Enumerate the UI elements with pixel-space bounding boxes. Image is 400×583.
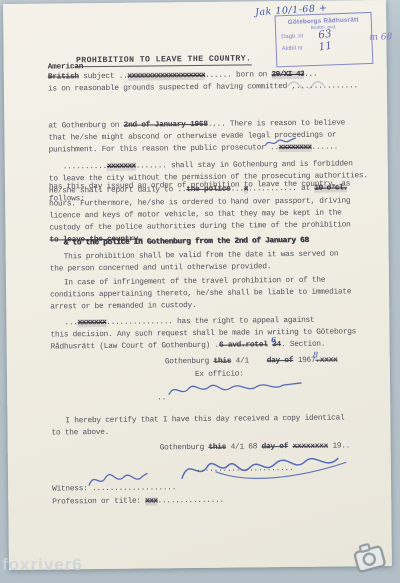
prosecutor-ink-word [263, 136, 297, 148]
typed-text: 4/1 [231, 357, 249, 365]
typed-text: Gothenburg [165, 358, 214, 367]
crossed-text: the police [186, 186, 230, 194]
stamp-act-label: Aktbil nr [282, 45, 303, 52]
typed-text: ....... shall stay in Gothenburg and is … [136, 160, 353, 170]
typed-text: subject .. [79, 73, 128, 82]
typed-text: at Gothenburg on [48, 122, 123, 131]
leader-dots: ............... [157, 497, 224, 506]
crossed-text: 346 [272, 342, 281, 350]
leader-dots: .. [157, 394, 166, 402]
typed-line: to the above. [51, 424, 386, 440]
witness-label: Witness: [52, 485, 92, 493]
stamp-act-number: 11 [318, 40, 333, 54]
typed-text: ............... has the right to appeal … [106, 317, 314, 327]
seller-watermark: foxriver6 [2, 555, 83, 575]
crossed-text: this [213, 358, 231, 366]
obliterated-name: xxxxxxx [107, 163, 136, 171]
certification-paragraph: I hereby certify that I have this day re… [51, 412, 386, 440]
crossed-text: 2nd of January 1968 [124, 121, 208, 130]
faint-handwriting-squiggle [286, 79, 326, 89]
witness-line: Witness: ................... [52, 482, 176, 496]
signature-leader-dots: ...................... [196, 465, 294, 474]
page-title: PROHIBITION TO LEAVE THE COUNTRY. [76, 54, 251, 67]
typed-text: ...... [311, 144, 338, 152]
profession-line: Profession or title: xxx............... [52, 495, 224, 509]
typed-line: is on reasonable grounds suspected of ha… [48, 80, 383, 120]
typed-line: Rådhusrätt (Law Court of Gothenburg) .6 … [51, 338, 386, 354]
handwritten-correction: 8 [313, 350, 318, 362]
typed-line: arrest or be remanded in custody. [50, 298, 385, 314]
stamp-side-note: m 68 [369, 32, 392, 43]
crossed-text: .xxxx [315, 357, 337, 365]
typed-text: . Section. [281, 341, 325, 349]
obliterated-name: xxxxxxxxxxxxxxxxxxx [128, 72, 206, 81]
typed-text: .......... [63, 163, 107, 171]
paragraph-5: ...xxxxxxx............... has the right … [50, 314, 385, 354]
typed-text: ... [64, 319, 77, 327]
crossed-text: 6 avd.rotel [219, 342, 268, 351]
camera-watermark-icon [350, 539, 390, 577]
typed-text: punishment. For this reason the public p… [49, 144, 279, 154]
leader-dots: ................... [92, 484, 176, 493]
typed-text: .... There is reason to believe [208, 119, 345, 128]
stamp-diary-label: Dagb. nr [281, 33, 303, 40]
court-registry-stamp: Göteborgs Rådhusrätt Brottm. avd. Dagb. … [275, 12, 374, 68]
typed-text: ... [231, 186, 244, 194]
typed-text: ... [304, 71, 317, 79]
year-digit: 78 [311, 357, 316, 365]
ex-officio-signature [166, 377, 306, 402]
obliterated-time: 10 o'cl. [314, 185, 347, 193]
typed-text [249, 357, 267, 365]
typed-text: ...... born on [205, 71, 272, 80]
crossed-text: British [48, 73, 79, 81]
date-line-1: Gothenburg this 4/1 day of 19678.xxxx [165, 355, 338, 369]
document-paper: Jak 10/1-68 + Göteborgs Rådhusrätt Brott… [3, 0, 392, 570]
handwritten-correction: 6 [271, 335, 276, 347]
paragraph-3: This prohibition shall be valid from the… [50, 248, 385, 276]
obliterated-name: xxxxxxx [78, 319, 107, 327]
obliterated-date: 29/XI 43 [271, 71, 304, 79]
stamp-act-row: Aktbil nr 11 [277, 43, 372, 56]
crossed-text: day of [267, 357, 294, 365]
typed-text: He/she shall report daily to .. [49, 187, 186, 196]
document-title-wrap: PROHIBITION TO LEAVE THE COUNTRY. [59, 47, 269, 67]
typed-text: 196 [293, 357, 311, 365]
typed-text: Rådhusrätt (Law Court of Gothenburg) . [51, 342, 219, 352]
profession-label: Profession or title: [52, 498, 145, 507]
typed-insertion: & to the police in Gothenburg from the 2… [63, 235, 308, 250]
paragraph-4: In case of infringement of the travel pr… [50, 274, 385, 314]
obliterated-text: xxx [145, 497, 157, 505]
typed-text: ........... at [248, 185, 315, 194]
ex-officio-signature-row: .. [157, 377, 306, 403]
